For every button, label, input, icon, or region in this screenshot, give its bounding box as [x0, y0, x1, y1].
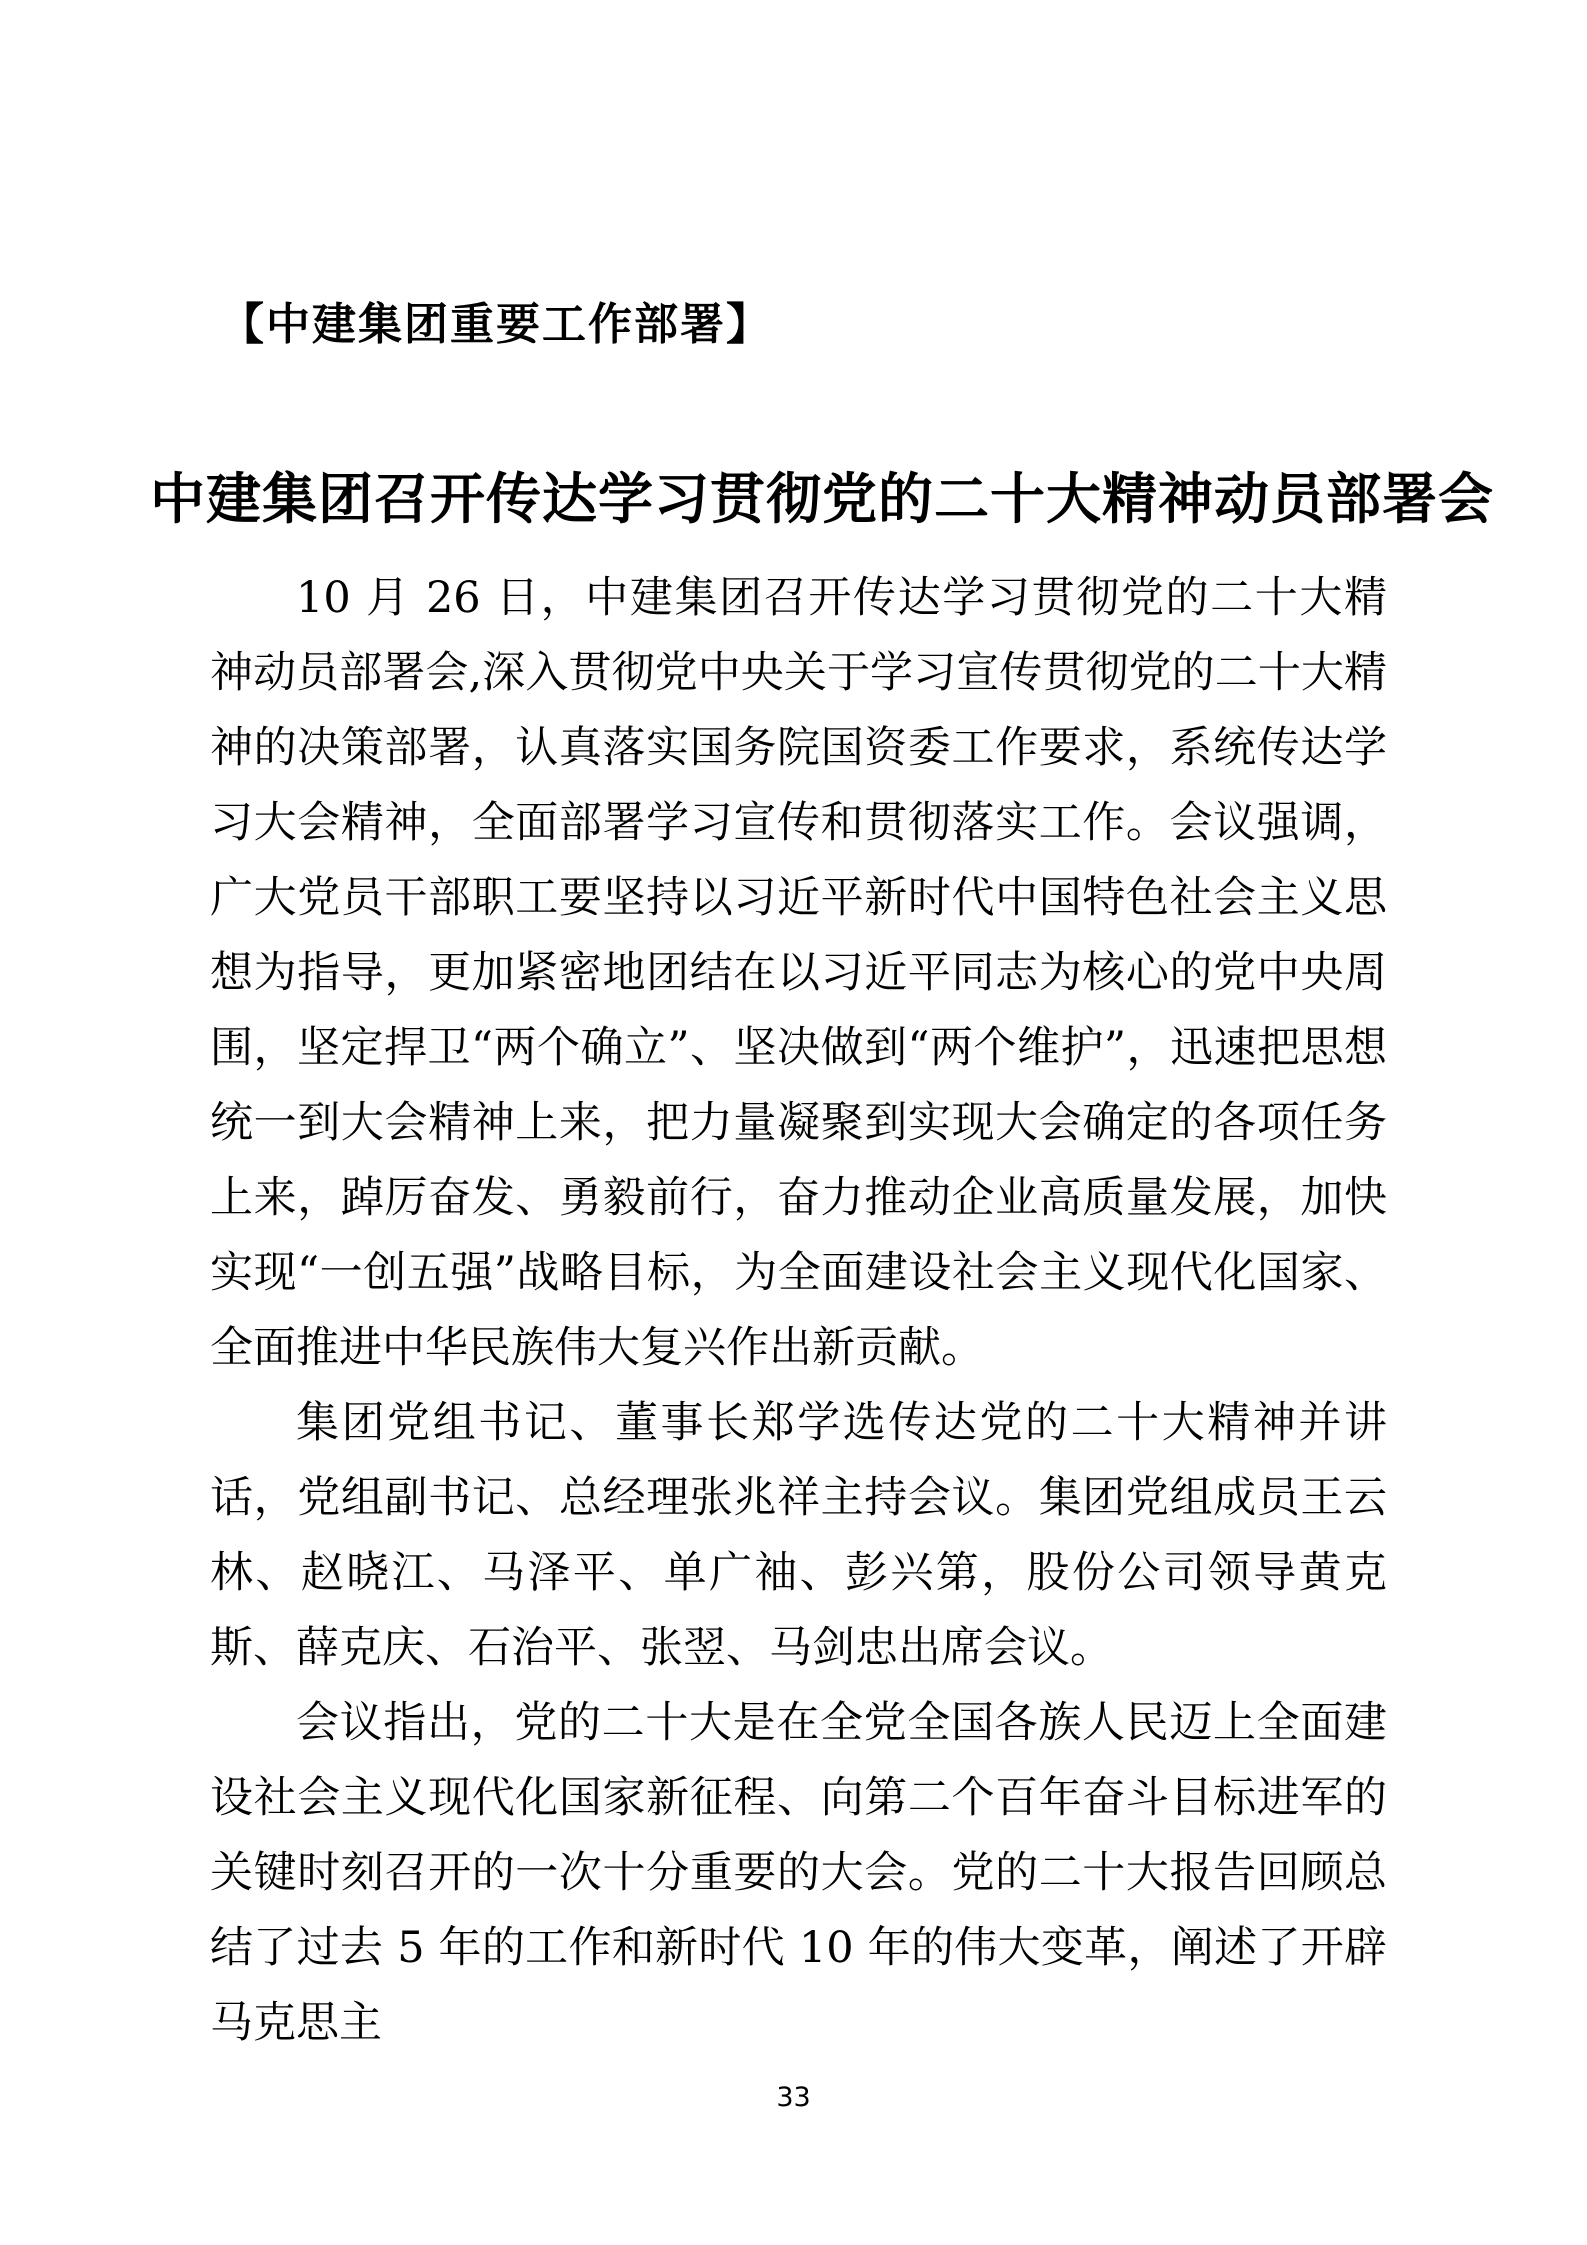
paragraph: 会议指出，党的二十大是在全党全国各族人民迈上全面建设社会主义现代化国家新征程、向… [210, 1686, 1387, 2061]
document-body: 10 月 26 日，中建集团召开传达学习贯彻党的二十大精神动员部署会,深入贯彻党… [210, 561, 1387, 2061]
document-page: 【中建集团重要工作部署】 中建集团召开传达学习贯彻党的二十大精神动员部署会 10… [0, 0, 1587, 2245]
document-title: 中建集团召开传达学习贯彻党的二十大精神动员部署会 [150, 455, 1457, 534]
paragraph: 10 月 26 日，中建集团召开传达学习贯彻党的二十大精神动员部署会,深入贯彻党… [210, 561, 1387, 1386]
page-number: 33 [0, 2082, 1587, 2113]
section-header: 【中建集团重要工作部署】 [220, 288, 772, 352]
paragraph: 集团党组书记、董事长郑学选传达党的二十大精神并讲话，党组副书记、总经理张兆祥主持… [210, 1386, 1387, 1686]
